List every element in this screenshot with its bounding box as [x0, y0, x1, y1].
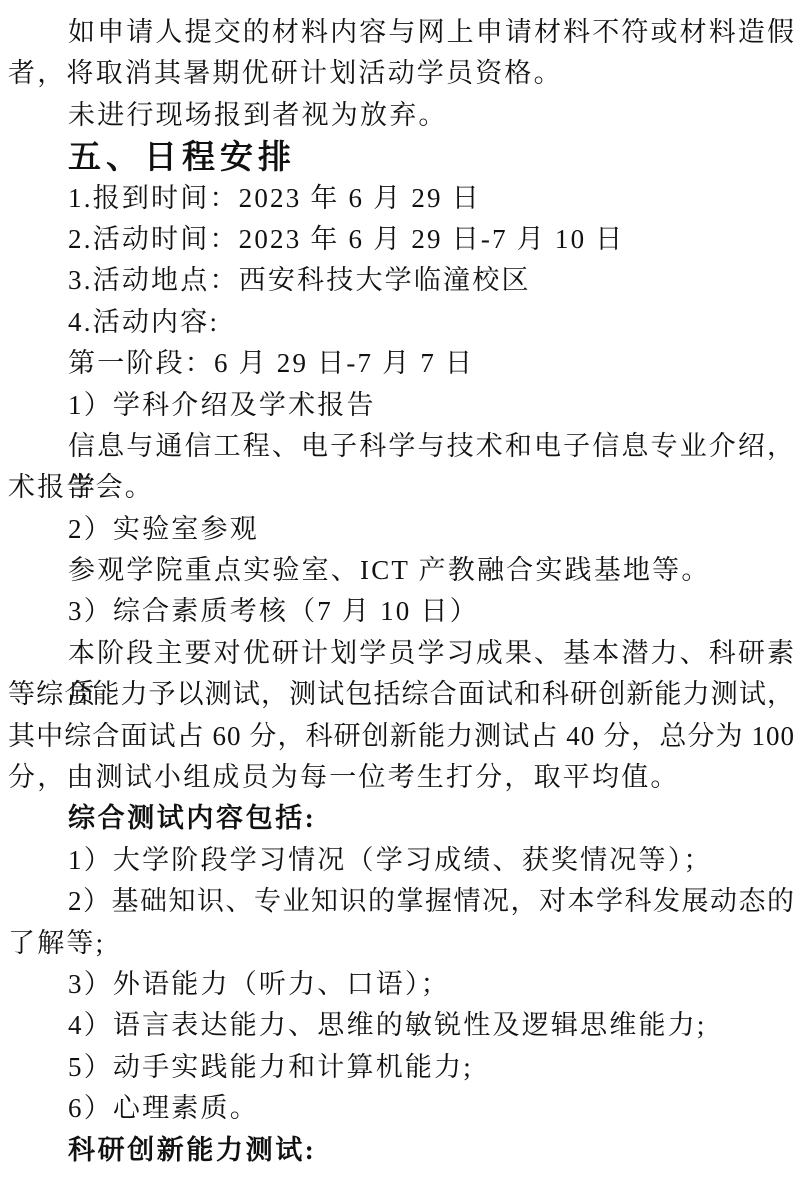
text-line: 1.报到时间：2023 年 6 月 29 日: [8, 178, 795, 219]
text-line: 术报告会。: [8, 467, 795, 508]
text-line: 参观学院重点实验室、ICT 产教融合实践基地等。: [8, 550, 795, 591]
text-line: 2）实验室参观: [8, 509, 795, 550]
text-line: 1）大学阶段学习情况（学习成绩、获奖情况等）；: [8, 840, 795, 881]
text-line: 分，由测试小组成员为每一位考生打分，取平均值。: [8, 757, 795, 798]
text-line: 等综合能力予以测试，测试包括综合面试和科研创新能力测试，: [8, 674, 795, 715]
document-page: 如申请人提交的材料内容与网上申请材料不符或材料造假者，将取消其暑期优研计划活动学…: [0, 0, 803, 1200]
text-line: 如申请人提交的材料内容与网上申请材料不符或材料造假: [8, 12, 795, 53]
text-line: 其中综合面试占 60 分，科研创新能力测试占 40 分，总分为 100: [8, 716, 795, 757]
text-line: 本阶段主要对优研计划学员学习成果、基本潜力、科研素质: [8, 633, 795, 674]
text-line: 4）语言表达能力、思维的敏锐性及逻辑思维能力;: [8, 1005, 795, 1046]
subsection-heading: 科研创新能力测试:: [8, 1130, 795, 1171]
text-line: 4.活动内容:: [8, 302, 795, 343]
text-line: 2.活动时间：2023 年 6 月 29 日-7 月 10 日: [8, 219, 795, 260]
text-line: 6）心理素质。: [8, 1088, 795, 1129]
text-line: 第一阶段：6 月 29 日-7 月 7 日: [8, 343, 795, 384]
text-line: 5）动手实践能力和计算机能力;: [8, 1047, 795, 1088]
section-heading: 五、日程安排: [8, 136, 795, 177]
text-line: 1）学科介绍及学术报告: [8, 385, 795, 426]
text-line: 3）综合素质考核（7 月 10 日）: [8, 591, 795, 632]
text-line: 了解等;: [8, 923, 795, 964]
text-line: 3）外语能力（听力、口语）；: [8, 964, 795, 1005]
subsection-heading: 综合测试内容包括:: [8, 798, 795, 839]
text-line: 2）基础知识、专业知识的掌握情况，对本学科发展动态的: [8, 881, 795, 922]
text-line: 信息与通信工程、电子科学与技术和电子信息专业介绍，学: [8, 426, 795, 467]
text-line: 3.活动地点：西安科技大学临潼校区: [8, 260, 795, 301]
text-line: 未进行现场报到者视为放弃。: [8, 95, 795, 136]
text-line: 者，将取消其暑期优研计划活动学员资格。: [8, 53, 795, 94]
document-body: 如申请人提交的材料内容与网上申请材料不符或材料造假者，将取消其暑期优研计划活动学…: [8, 12, 795, 1171]
